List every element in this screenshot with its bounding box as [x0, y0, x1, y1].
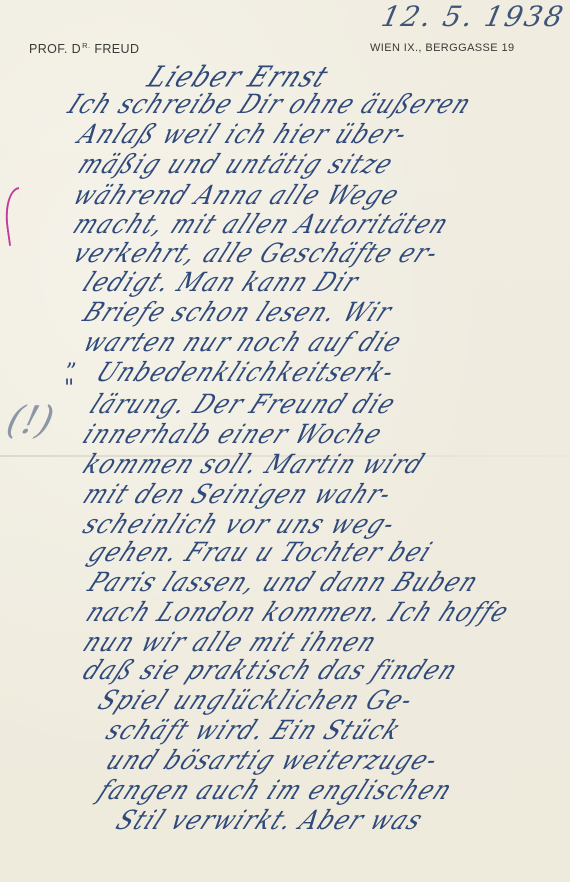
- letter-line: nach London kommen. Ich hoffe: [88, 600, 570, 626]
- salutation: Lieber Ernst: [150, 62, 570, 91]
- letter-line: schäft wird. Ein Stück: [108, 718, 570, 744]
- letterhead-address: WIEN IX., BERGGASSE 19: [370, 42, 515, 54]
- letter-line: Briefe schon lesen. Wir: [85, 300, 570, 326]
- letter-line: während Anna alle Wege: [75, 183, 570, 209]
- letterhead-superscript: R.: [82, 41, 90, 50]
- letter-line: verkehrt, alle Geschäfte er-: [75, 241, 570, 267]
- letter-line: fangen auch im englischen: [100, 778, 570, 804]
- handwritten-date: 12. 5. 1938: [378, 0, 567, 33]
- letter-line: innerhalb einer Woche: [85, 422, 570, 448]
- letter-line: Spiel unglücklichen Ge-: [100, 688, 570, 714]
- letter-line: lärung. Der Freund die: [92, 392, 570, 418]
- letter-line: kommen soll. Martin wird: [85, 452, 570, 478]
- letterhead-title: PROF. D: [29, 42, 81, 56]
- letter-line: mit den Seinigen wahr-: [85, 482, 570, 508]
- letter-line: ledigt. Man kann Dir: [85, 270, 570, 296]
- letter-line: macht, mit allen Autoritäten: [75, 212, 570, 238]
- letter-line: gehen. Frau u Tochter bei: [90, 540, 570, 566]
- pink-margin-bracket-mark: [1, 187, 27, 246]
- letter-line: mäßig und untätig sitze: [80, 152, 570, 178]
- letter-line: Ich schreibe Dir ohne äußeren: [70, 92, 570, 118]
- letter-line: nun wir alle mit ihnen: [85, 630, 570, 656]
- letter-line: warten nur noch auf die: [85, 330, 570, 356]
- letterhead-name: PROF. DR. FREUD: [29, 41, 139, 56]
- letter-line: Stil verwirkt. Aber was: [118, 808, 570, 834]
- letterhead-surname: FREUD: [94, 42, 139, 56]
- quote-mark-close: ": [64, 376, 74, 401]
- letter-line: daß sie praktisch das finden: [85, 658, 570, 684]
- letter-line: Unbedenklichkeitserk-: [98, 360, 570, 386]
- pencil-margin-note: (!): [2, 398, 59, 442]
- letter-line: Paris lassen, und dann Buben: [90, 570, 570, 596]
- letter-page: PROF. DR. FREUD WIEN IX., BERGGASSE 19 1…: [0, 0, 570, 882]
- letter-line: und bösartig weiterzuge-: [108, 748, 570, 774]
- quote-mark-open: „: [66, 346, 77, 371]
- letter-line: Anlaß weil ich hier über-: [80, 122, 570, 148]
- letter-line: scheinlich vor uns weg-: [85, 512, 570, 538]
